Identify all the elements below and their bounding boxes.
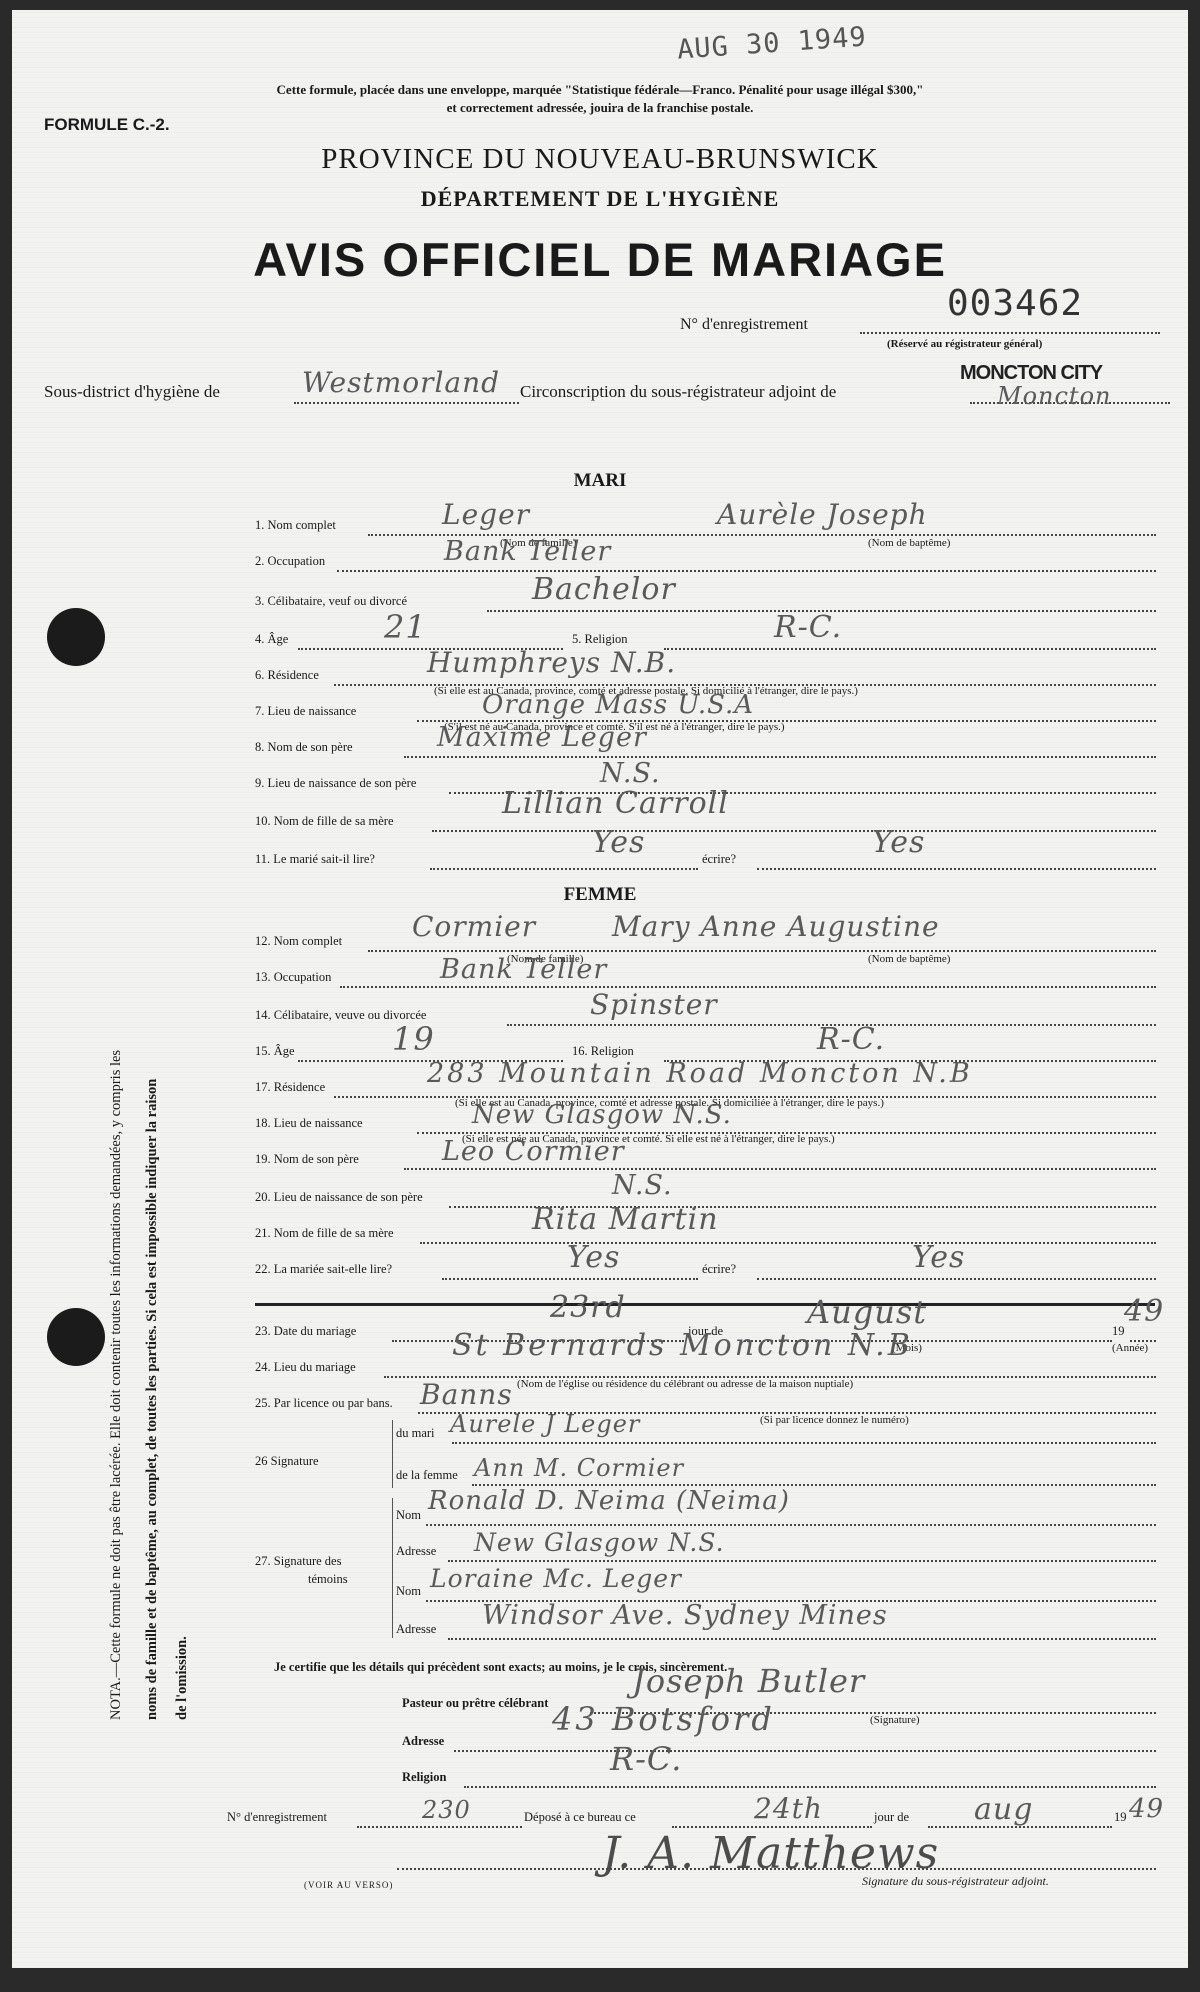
wife-signature-value: Ann M. Cormier	[474, 1454, 684, 1482]
registration-number-value: 003462	[947, 283, 1083, 324]
document-page: AUG 30 1949 Cette formule, placée dans u…	[12, 10, 1188, 1968]
mari-field-8-label: 8. Nom de son père	[255, 740, 353, 755]
witnesses-bracket	[392, 1498, 393, 1638]
registration-number-label: N° d'enregistrement	[680, 316, 808, 334]
punch-hole-bottom	[47, 1308, 105, 1366]
field-number: 27.	[255, 1554, 271, 1568]
mari-given-value: Aurèle Joseph	[717, 498, 928, 531]
celebrant-address-label: Adresse	[402, 1734, 444, 1749]
celebrant-signature-note: (Signature)	[870, 1714, 919, 1726]
field-label: Âge	[274, 1044, 295, 1058]
field-label: Résidence	[274, 1080, 325, 1094]
femme-field-12-line	[368, 950, 1156, 952]
femme-field-15-label: 15. Âge	[255, 1044, 295, 1059]
mari-field-10-line	[432, 830, 1156, 832]
field-number: 10.	[255, 814, 271, 828]
field-label: Nom de fille de sa mère	[274, 814, 394, 828]
marriage-month-value: August	[807, 1293, 927, 1331]
postal-notice-line1: Cette formule, placée dans une enveloppe…	[12, 82, 1188, 98]
section-femme-title: FEMME	[12, 884, 1188, 906]
mari-write-label: écrire?	[702, 852, 736, 867]
husband-signature-value: Aurele J Leger	[450, 1410, 640, 1438]
witness1-address-label: Adresse	[396, 1544, 436, 1559]
femme-field-18-label: 18. Lieu de naissance	[255, 1116, 363, 1131]
marriage-year-value: 49	[1124, 1294, 1164, 1329]
marriage-place-note: (Nom de l'église ou résidence du célébra…	[517, 1378, 853, 1390]
field-number: 20.	[255, 1190, 271, 1204]
witness1-address-value: New Glasgow N.S.	[474, 1528, 725, 1557]
field-number: 1.	[255, 518, 264, 532]
femme-field-13-line	[340, 986, 1156, 988]
husband-signature-label: du mari	[396, 1426, 435, 1441]
punch-hole-top	[47, 608, 105, 666]
mari-surname-value: Leger	[442, 498, 530, 531]
filing-year-prefix: 19	[1114, 1810, 1127, 1825]
femme-status-value: Spinster	[590, 988, 718, 1021]
witness1-name-value: Ronald D. Neima (Neima)	[428, 1486, 790, 1516]
marriage-year-note: (Année)	[1112, 1342, 1148, 1354]
femme-field-12-label: 12. Nom complet	[255, 934, 342, 949]
femme-father-value: Leo Cormier	[442, 1136, 625, 1167]
mari-field-8-line	[404, 756, 1156, 758]
registrar-signature-line	[397, 1868, 1156, 1870]
filing-reg-label: N° d'enregistrement	[227, 1810, 327, 1825]
province-heading: PROVINCE DU NOUVEAU-BRUNSWICK	[12, 143, 1188, 176]
witness2-address-value: Windsor Ave. Sydney Mines	[482, 1600, 888, 1631]
marriage-date-label: 23. Date du mariage	[255, 1324, 356, 1339]
femme-write-label: écrire?	[702, 1262, 736, 1277]
section-mari-title: MARI	[12, 470, 1188, 492]
form-id: FORMULE C.-2.	[44, 115, 170, 135]
celebrant-value: Joseph Butler	[632, 1662, 865, 1700]
field-number: 6.	[255, 668, 264, 682]
marriage-day-value: 23rd	[550, 1290, 626, 1325]
celebrant-religion-label: Religion	[402, 1770, 446, 1785]
licence-value: Banns	[420, 1378, 513, 1411]
field-label: Célibataire, veuf ou divorcé	[268, 594, 408, 608]
witness2-address-label: Adresse	[396, 1622, 436, 1637]
subdistrict-line	[294, 402, 519, 404]
field-label: Lieu de naissance	[274, 1116, 363, 1130]
mari-given-note: (Nom de baptême)	[868, 537, 950, 549]
mari-field-5-line	[664, 648, 1156, 650]
form-title: AVIS OFFICIEL DE MARIAGE	[12, 232, 1188, 287]
marriage-year-prefix: 19	[1112, 1324, 1125, 1339]
registration-note: (Réservé au régistrateur général)	[887, 338, 1042, 350]
registration-number-line	[860, 332, 1160, 334]
field-number: 8.	[255, 740, 264, 754]
nota-line3: de l'omission.	[174, 1636, 191, 1720]
mari-field-11-label: 11. Le marié sait-il lire?	[255, 852, 375, 867]
field-label: Nom complet	[274, 934, 342, 948]
field-number: 21.	[255, 1226, 271, 1240]
filing-deposited-label: Déposé à ce bureau ce	[524, 1810, 636, 1825]
femme-write-line	[757, 1278, 1156, 1280]
field-label: Nom de son père	[274, 1152, 359, 1166]
celebrant-religion-line	[464, 1786, 1156, 1788]
mari-father-birthplace-value: N.S.	[600, 758, 661, 789]
celebrant-religion-value: R-C.	[610, 1740, 682, 1778]
field-label: Occupation	[268, 554, 326, 568]
field-label: Lieu de naissance de son père	[268, 776, 417, 790]
witnesses-label: 27. Signature des	[255, 1554, 341, 1569]
nota-line1: NOTA.—Cette formule ne doit pas être lac…	[108, 1050, 125, 1720]
registrar-signature-label: Signature du sous-régistrateur adjoint.	[862, 1874, 1049, 1889]
femme-write-value: Yes	[912, 1240, 965, 1275]
filing-month-value: aug	[974, 1792, 1033, 1827]
femme-age-value: 19	[392, 1020, 435, 1058]
witness1-address-line	[448, 1560, 1156, 1562]
femme-field-20-label: 20. Lieu de naissance de son père	[255, 1190, 423, 1205]
witness1-name-line	[426, 1524, 1156, 1526]
mari-field-1-label: 1. Nom complet	[255, 518, 336, 533]
mari-age-value: 21	[384, 608, 427, 646]
femme-field-22-label: 22. La mariée sait-elle lire?	[255, 1262, 392, 1277]
field-label: Signature	[271, 1454, 319, 1468]
femme-surname-value: Cormier	[412, 910, 536, 943]
field-number: 2.	[255, 554, 264, 568]
mari-religion-value: R-C.	[774, 610, 842, 645]
femme-read-line	[442, 1278, 698, 1280]
witness2-name-label: Nom	[396, 1584, 421, 1599]
field-label: Religion	[591, 1044, 634, 1058]
witness2-address-line	[448, 1638, 1156, 1640]
femme-birthplace-value: New Glasgow N.S.	[472, 1100, 732, 1130]
mari-field-5-label: 5. Religion	[572, 632, 628, 647]
field-number: 16.	[572, 1044, 588, 1058]
field-number: 9.	[255, 776, 264, 790]
signature-bracket	[392, 1420, 393, 1488]
marriage-place-label: 24. Lieu du mariage	[255, 1360, 356, 1375]
femme-field-21-label: 21. Nom de fille de sa mère	[255, 1226, 394, 1241]
femme-field-21-line	[420, 1242, 1156, 1244]
field-number: 25.	[255, 1396, 271, 1410]
postal-notice-line2: et correctement adressée, jouira de la f…	[12, 100, 1188, 116]
femme-read-value: Yes	[567, 1240, 620, 1275]
field-number: 24.	[255, 1360, 271, 1374]
licence-note: (Si par licence donnez le numéro)	[760, 1414, 909, 1426]
field-number: 4.	[255, 632, 264, 646]
marriage-place-value: St Bernards Moncton N.B	[452, 1328, 913, 1363]
subdistrict-label: Sous-district d'hygiène de	[44, 382, 220, 402]
field-label: Le marié sait-il lire?	[273, 852, 375, 866]
femme-field-19-label: 19. Nom de son père	[255, 1152, 359, 1167]
field-number: 22.	[255, 1262, 271, 1276]
femme-field-19-line	[404, 1168, 1156, 1170]
filing-reg-value: 230	[422, 1796, 471, 1824]
department-heading: DÉPARTEMENT DE L'HYGIÈNE	[12, 186, 1188, 212]
mari-field-3-label: 3. Célibataire, veuf ou divorcé	[255, 594, 407, 609]
femme-given-value: Mary Anne Augustine	[612, 910, 940, 943]
mari-occupation-value: Bank Teller	[444, 536, 611, 567]
field-number: 18.	[255, 1116, 271, 1130]
field-label: Date du mariage	[274, 1324, 357, 1338]
mari-mother-value: Lillian Carroll	[502, 786, 729, 821]
field-number: 14.	[255, 1008, 271, 1022]
mari-field-2-line	[337, 570, 1156, 572]
filing-jour-label: jour de	[874, 1810, 909, 1825]
mari-father-value: Maxime Leger	[437, 722, 647, 753]
field-number: 5.	[572, 632, 581, 646]
femme-occupation-value: Bank Teller	[440, 954, 607, 985]
femme-field-16-label: 16. Religion	[572, 1044, 634, 1059]
celebrant-address-line	[454, 1750, 1156, 1752]
field-number: 17.	[255, 1080, 271, 1094]
femme-field-13-label: 13. Occupation	[255, 970, 331, 985]
field-number: 13.	[255, 970, 271, 984]
witness2-name-value: Loraine Mc. Leger	[430, 1564, 682, 1593]
filing-reg-line	[357, 1826, 522, 1828]
mari-field-7-label: 7. Lieu de naissance	[255, 704, 356, 719]
field-number: 15.	[255, 1044, 271, 1058]
field-label: Lieu de naissance	[268, 704, 357, 718]
mari-birthplace-value: Orange Mass U.S.A	[482, 690, 754, 720]
celebrant-label: Pasteur ou prêtre célébrant	[402, 1696, 548, 1711]
filing-year-value: 49	[1129, 1794, 1164, 1824]
field-number: 19.	[255, 1152, 271, 1166]
field-label: Religion	[585, 632, 628, 646]
field-label: Signature des	[274, 1554, 342, 1568]
field-number: 7.	[255, 704, 264, 718]
femme-residence-value: 283 Mountain Road Moncton N.B	[427, 1058, 973, 1089]
femme-mother-value: Rita Martin	[532, 1202, 719, 1237]
field-number: 23.	[255, 1324, 271, 1338]
field-label: Résidence	[268, 668, 319, 682]
field-number: 11.	[255, 852, 270, 866]
mari-field-2-label: 2. Occupation	[255, 554, 325, 569]
mari-read-line	[430, 868, 698, 870]
mari-write-value: Yes	[872, 825, 925, 860]
circonscription-label: Circonscription du sous-régistrateur adj…	[520, 382, 836, 402]
field-label: Par licence ou par bans.	[274, 1396, 393, 1410]
field-label: Occupation	[274, 970, 332, 984]
subdistrict-value: Westmorland	[302, 366, 500, 399]
field-label: Nom complet	[268, 518, 336, 532]
mari-status-value: Bachelor	[532, 572, 676, 607]
verso-note: (VOIR AU VERSO)	[304, 1880, 393, 1890]
field-label: Nom de fille de sa mère	[274, 1226, 394, 1240]
field-number: 3.	[255, 594, 264, 608]
registrar-signature-value: J. A. Matthews	[602, 1828, 939, 1879]
filing-day-value: 24th	[754, 1792, 823, 1825]
mari-field-6-label: 6. Résidence	[255, 668, 319, 683]
circonscription-value: Moncton	[997, 382, 1111, 410]
field-label: La mariée sait-elle lire?	[274, 1262, 392, 1276]
section-divider	[255, 1303, 1155, 1306]
femme-field-17-label: 17. Résidence	[255, 1080, 325, 1095]
field-number: 12.	[255, 934, 271, 948]
field-label: Nom de son père	[268, 740, 353, 754]
nota-line2: noms de famille et de baptême, au comple…	[144, 1079, 161, 1720]
wife-signature-label: de la femme	[396, 1468, 458, 1483]
femme-father-birthplace-value: N.S.	[612, 1170, 673, 1201]
mari-field-4-label: 4. Âge	[255, 632, 288, 647]
field-label: Lieu de naissance de son père	[274, 1190, 423, 1204]
field-number: 26	[255, 1454, 268, 1468]
licence-label: 25. Par licence ou par bans.	[255, 1396, 393, 1411]
femme-religion-value: R-C.	[817, 1022, 885, 1057]
husband-signature-line	[452, 1442, 1156, 1444]
mari-read-value: Yes	[592, 825, 645, 860]
witnesses-label-line2: témoins	[308, 1572, 348, 1587]
field-label: Âge	[268, 632, 289, 646]
signature-label: 26 Signature	[255, 1454, 319, 1469]
celebrant-address-value: 43 Botsford	[552, 1700, 775, 1738]
mari-residence-value: Humphreys N.B.	[427, 646, 676, 679]
mari-write-line	[757, 868, 1156, 870]
mari-field-9-label: 9. Lieu de naissance de son père	[255, 776, 416, 791]
field-label: Lieu du mariage	[274, 1360, 356, 1374]
received-date-stamp: AUG 30 1949	[676, 21, 868, 65]
femme-given-note: (Nom de baptême)	[868, 953, 950, 965]
witness1-name-label: Nom	[396, 1508, 421, 1523]
mari-field-10-label: 10. Nom de fille de sa mère	[255, 814, 394, 829]
